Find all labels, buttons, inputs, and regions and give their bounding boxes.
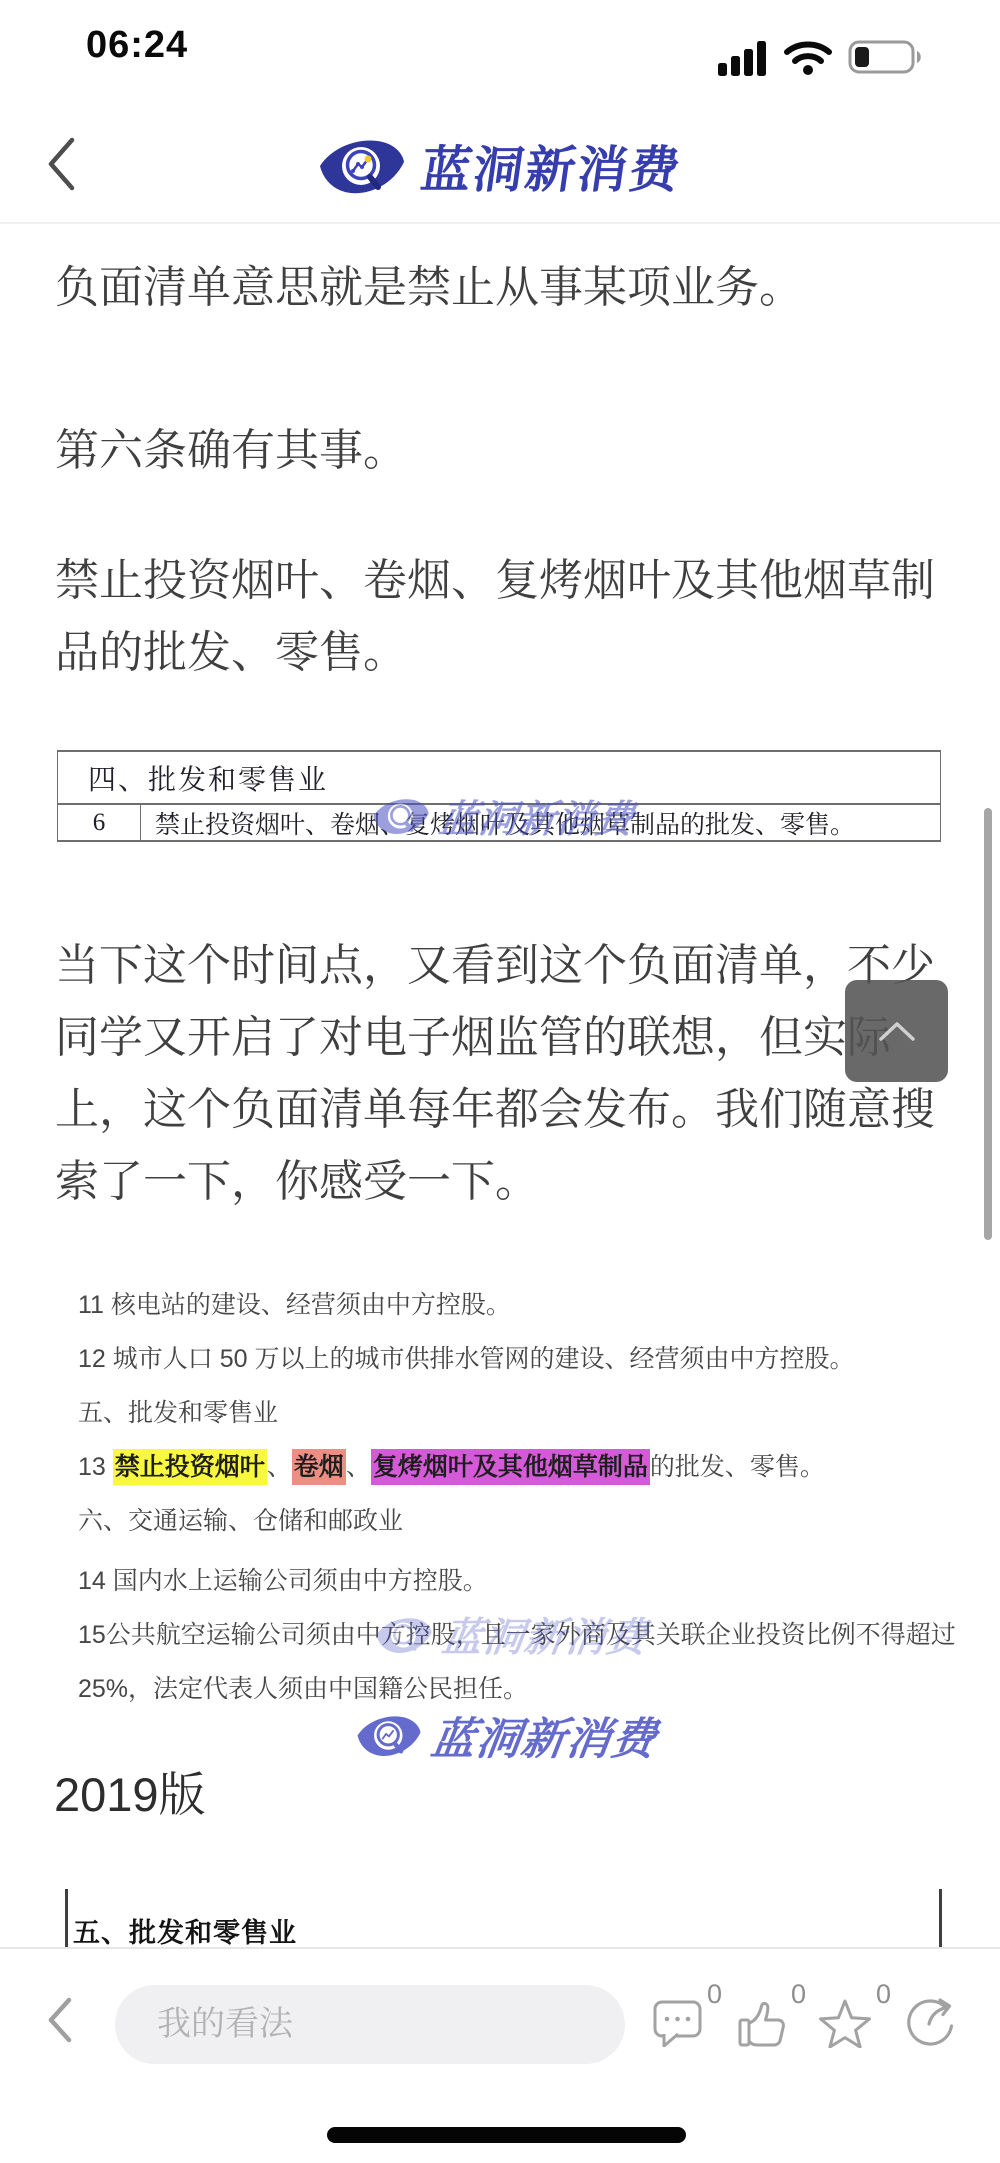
brand-name: 蓝洞新消费: [417, 130, 687, 202]
paragraph-2: 第六条确有其事。: [55, 415, 948, 487]
item-13-rest: 的批发、零售。: [650, 1453, 825, 1481]
highlight-magenta: 复烤烟叶及其他烟草制品: [371, 1449, 650, 1485]
highlight-salmon: 卷烟: [292, 1449, 346, 1485]
highlight-yellow: 禁止投资烟叶: [113, 1449, 267, 1485]
table-row-number: 6: [58, 805, 141, 840]
list-item: 14 国内水上运输公司须由中方控股。: [78, 1554, 968, 1608]
header-divider: [0, 222, 1000, 224]
brand-logo: 蓝洞新消费: [0, 130, 1000, 202]
table-section-header: 四、批发和零售业: [58, 752, 940, 805]
table-row: 6 禁止投资烟叶、卷烟、复烤烟叶及其他烟草制品的批发、零售。: [58, 805, 940, 840]
star-icon[interactable]: [818, 1998, 872, 2048]
scroll-top-button[interactable]: [845, 980, 948, 1082]
watermark-eye-icon: [356, 1712, 422, 1759]
paragraph-3: 禁止投资烟叶、卷烟、复烤烟叶及其他烟草制品的批发、零售。: [55, 545, 948, 689]
list-item: 15公共航空运输公司须由中方控股，且一家外商及其关联企业投资比例不得超过: [78, 1608, 968, 1662]
list-item: 25%，法定代表人须由中国籍公民担任。: [78, 1662, 968, 1716]
home-indicator[interactable]: [327, 2127, 686, 2143]
list-item-highlighted: 13 禁止投资烟叶、卷烟、复烤烟叶及其他烟草制品的批发、零售。: [78, 1440, 968, 1494]
negative-list-table-2019: 五、批发和零售业: [65, 1889, 942, 1947]
paragraph-1: 负面清单意思就是禁止从事某项业务。: [55, 252, 948, 324]
negative-list-screenshot: 11 核电站的建设、经营须由中方控股。 12 城市人口 50 万以上的城市供排水…: [78, 1278, 968, 1716]
comment-count: 0: [707, 1979, 722, 2010]
like-count: 0: [791, 1979, 806, 2010]
negative-list-table-2022: 四、批发和零售业 6 禁止投资烟叶、卷烟、复烤烟叶及其他烟草制品的批发、零售。: [57, 750, 941, 842]
thumbs-up-icon[interactable]: [737, 1999, 789, 2047]
paragraph-4: 当下这个时间点，又看到这个负面清单，不少同学又开启了对电子烟监管的联想，但实际上…: [55, 930, 948, 1218]
list-section-header: 六、交通运输、仓储和邮政业: [78, 1494, 968, 1548]
toolbar-back-chevron-icon[interactable]: [46, 1997, 74, 2043]
share-icon[interactable]: [902, 1998, 956, 2048]
table-row-text: 禁止投资烟叶、卷烟、复烤烟叶及其他烟草制品的批发、零售。: [141, 805, 940, 840]
chevron-up-icon: [877, 1019, 917, 1043]
heading-2019: 2019版: [54, 1758, 206, 1825]
cellular-signal-icon: [718, 40, 770, 76]
favorite-count: 0: [876, 1979, 891, 2010]
status-time: 06:24: [86, 24, 188, 67]
wifi-icon: [784, 40, 832, 76]
list-section-header: 五、批发和零售业: [78, 1386, 968, 1440]
item-13-number: 13: [78, 1453, 113, 1481]
separator: 、: [267, 1453, 292, 1481]
comment-input-pill[interactable]: [115, 1985, 625, 2064]
battery-icon: [848, 39, 928, 75]
comment-icon[interactable]: [653, 1999, 703, 2047]
list-item: 11 核电站的建设、经营须由中方控股。: [78, 1278, 968, 1332]
page-scrollbar[interactable]: [984, 808, 992, 1240]
app-screen: 06:24 蓝洞新消费 负面清单意思就是禁止从事某: [0, 0, 1000, 2163]
list-item: 12 城市人口 50 万以上的城市供排水管网的建设、经营须由中方控股。: [78, 1332, 968, 1386]
comment-input[interactable]: [115, 1985, 625, 2064]
separator: 、: [346, 1453, 371, 1481]
logo-eye-icon: [318, 135, 406, 197]
